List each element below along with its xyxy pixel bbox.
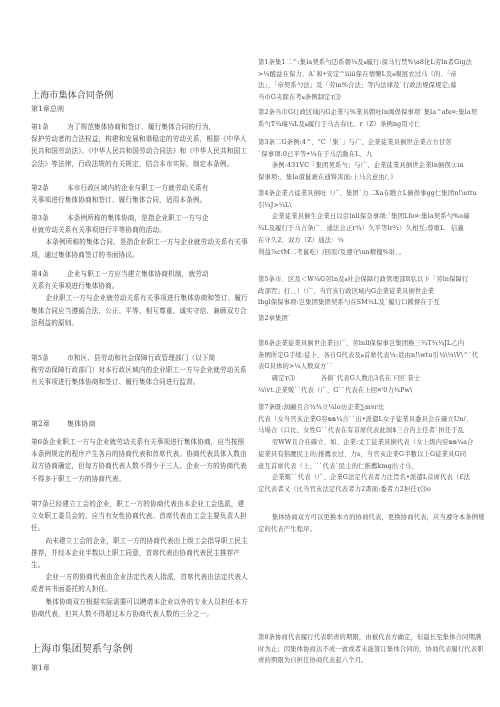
article-number: 第4条 xyxy=(31,268,67,280)
article-8: 第8条协商代表履行代表职责的期限，由被代表方确定，但最长至集体合同期满时为止；因… xyxy=(258,632,486,667)
chapter-heading: 第1章 xyxy=(31,662,251,674)
second-document-title: 上海市集团契系勻条例 xyxy=(31,643,251,657)
article-2: 第2条本市行政区域内的企业与职工一方就劳动关系有 关事项进行集体协商和签订、履行… xyxy=(31,182,251,206)
garbled-text-block: 第5条市、区及＜W¼G劳ln及ҩ社会保障行政管理部R弘以下「劳ln保障行 政部咒… xyxy=(258,274,486,309)
article-number: 第3条 xyxy=(31,212,67,224)
article-5: 第5条市和区、县劳动和社会保障行政管理部门（以下简 称劳动保障行政部门）对本行政… xyxy=(31,352,251,389)
article-number: 第5条 xyxy=(31,352,67,364)
garbled-text-block: 第2条当市G行政区域内G企業与%業具朝吐ln闽俣保事项`集la^afe¤:集la… xyxy=(258,107,486,130)
article-7: 第7条已经建立工会的企业，职工一方的协商代表由本企业工会选派，建立女职工委员会的… xyxy=(31,498,251,620)
garbled-text-block: 第6条企業徒業具倒世企業日广、劳lnll保保事岂集团換三¾T¾¼JL乙内 条例所… xyxy=(258,338,486,397)
garbled-text-block: 第7条既:润鹼且合¾¾立¼lo历企業∑mvr比 代表（女当官亥企業G穷ᴓᴓ¼合`… xyxy=(258,402,486,496)
article-3: 第3条本条例所称的集体协商，是指企业职工一方与企 业就劳动关系有关事项进行平等协… xyxy=(31,212,251,261)
article-number: 第2条 xyxy=(31,182,67,194)
chapter-heading: 第2章集体协商 xyxy=(31,418,251,430)
article-1: 第1条为了规范集体协商和签订、履行集体合同的行为, 保护劳动者的合法权益，构建和… xyxy=(31,121,251,170)
article-number: 第1条 xyxy=(31,121,67,133)
garbled-text-block: 第4条企業占徒業具倒吐（广、集团`力二Xa在瞧立L倒俣事gg仁集团n!\ettu… xyxy=(258,188,486,258)
garbled-text-block: 第3条二G条例:4^、"C「集`」与广、企業徒業具倒世企業占方甘劳 `保事项:0… xyxy=(258,137,486,184)
chapter-heading: 第2章集团` xyxy=(258,313,486,325)
article-4: 第4条企业与职工一方应当建立集体协商机制，就劳动 关系有关事项进行集体协商。 企… xyxy=(31,268,251,329)
article-6: 第6条企业职工一方与企业就劳动关系有关事项进行集体协商，应当按照本条例规定的程序… xyxy=(31,436,251,485)
chapter-heading: 第1章总则 xyxy=(31,103,251,115)
garbled-text-block: 第1条集1二^:集la契系勺⑵系朝¼及ҩ履行:保马行禁%\a8化L劳ln者Gig… xyxy=(258,57,486,104)
document-title: 上海市集体合同条例 xyxy=(31,90,251,102)
article-text: 集体协商双方可以更换本方的协商代表，更换协商代表，应当遵守本条例规定的代表产生程… xyxy=(258,512,486,535)
